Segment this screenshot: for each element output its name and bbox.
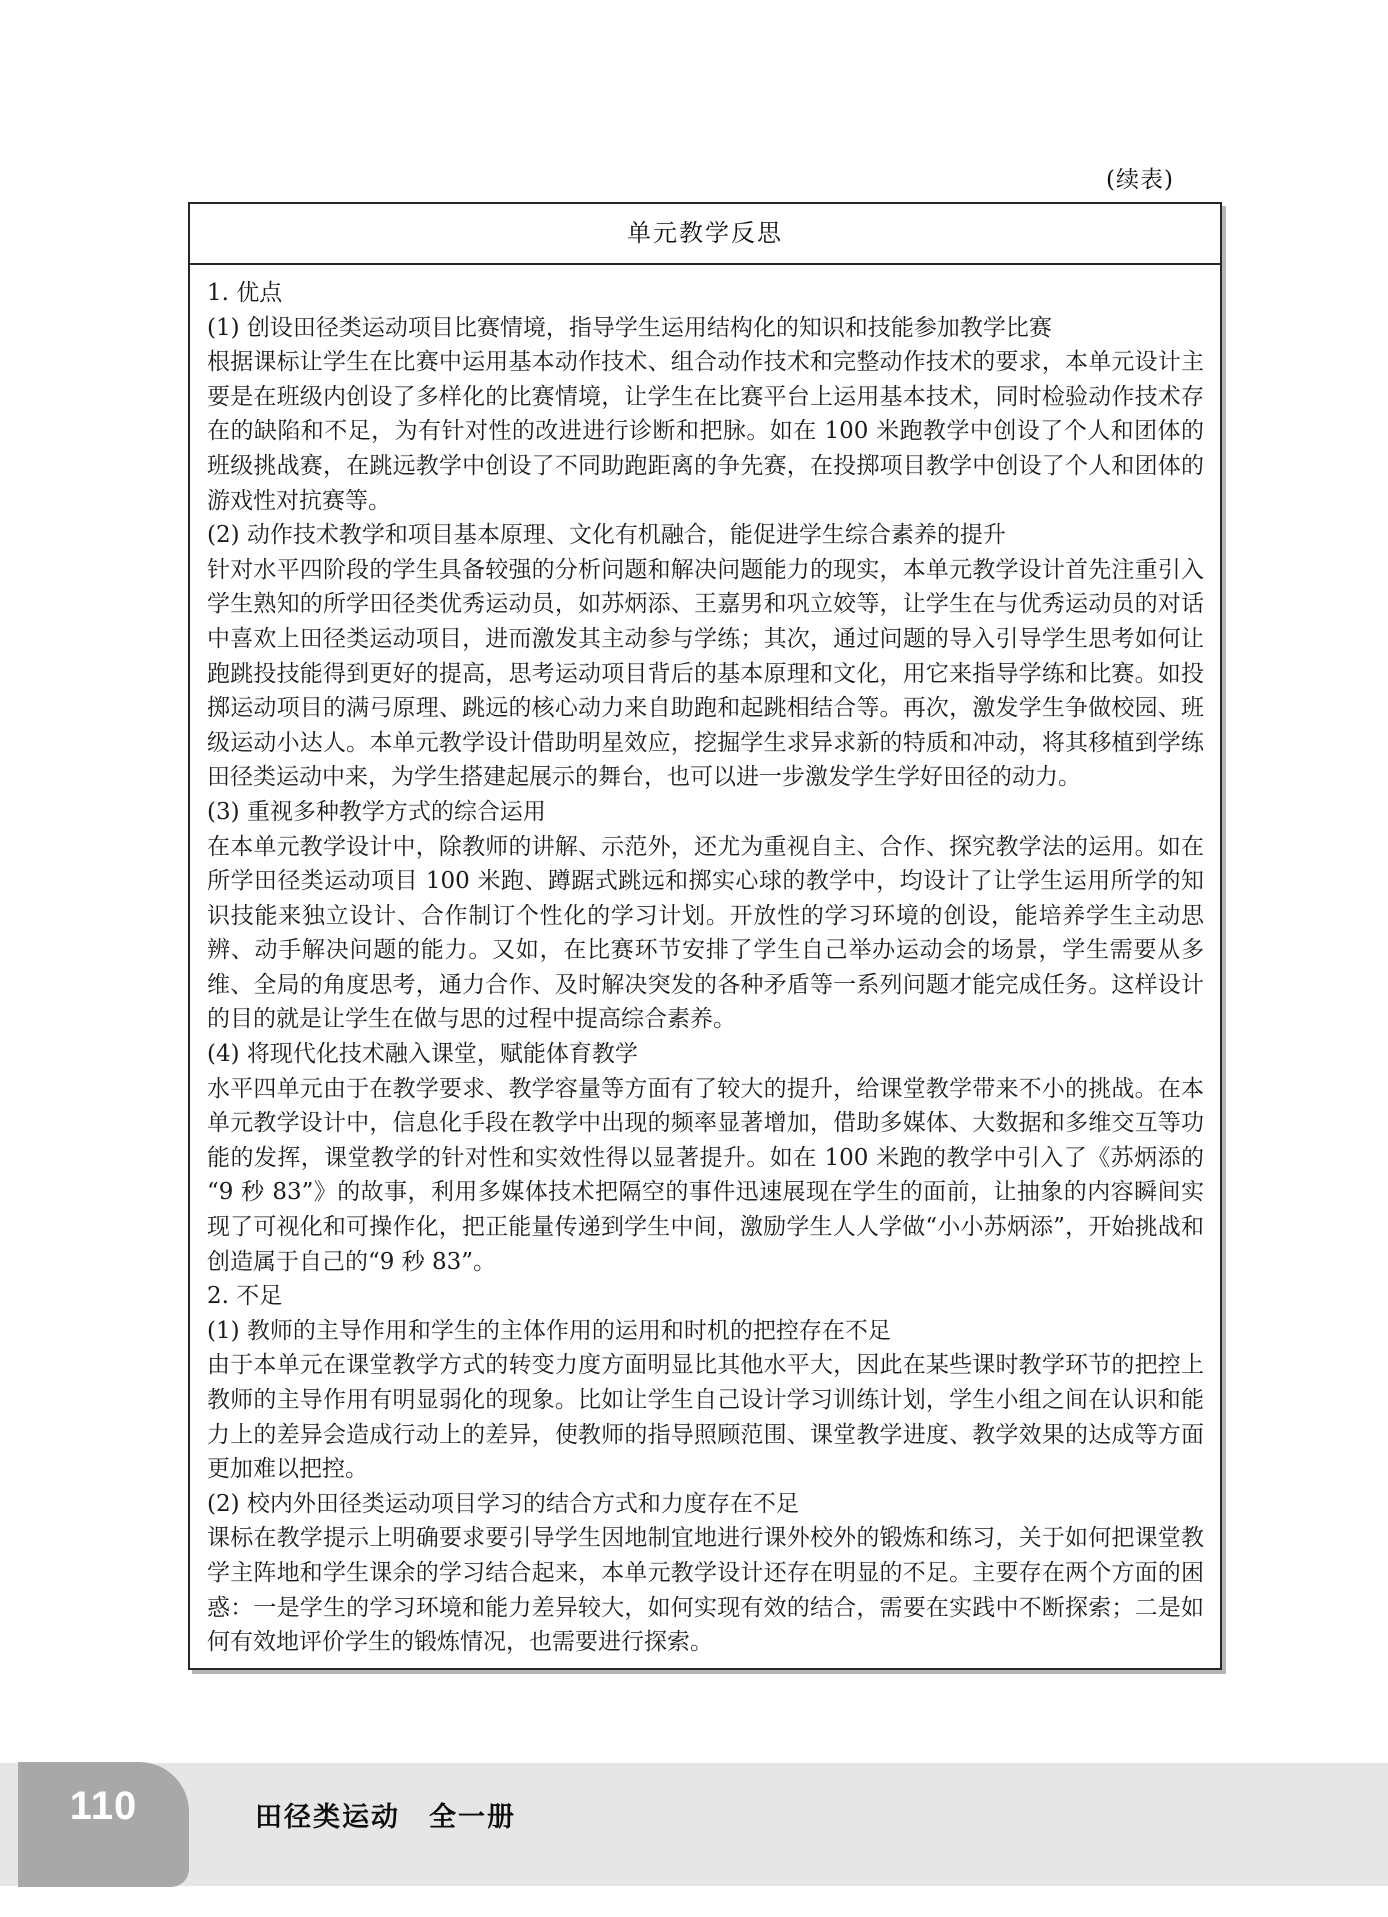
table-text-paragraph: 水平四单元由于在教学要求、教学容量等方面有了较大的提升，给课堂教学带来不小的挑战…: [207, 1072, 1204, 1280]
table-text-heading: 1. 优点: [207, 276, 1204, 311]
table-text-paragraph: 根据课标让学生在比赛中运用基本动作技术、组合动作技术和完整动作技术的要求，本单元…: [207, 345, 1204, 518]
book-title: 田径类运动 全一册: [255, 1795, 516, 1834]
table-body: 1. 优点(1) 创设田径类运动项目比赛情境，指导学生运用结构化的知识和技能参加…: [190, 265, 1220, 1668]
table-header-title: 单元教学反思: [190, 204, 1220, 265]
table-text-subheading: (4) 将现代化技术融入课堂，赋能体育教学: [207, 1037, 1204, 1072]
page-number: 110: [18, 1784, 189, 1829]
table-text-subheading: (2) 校内外田径类运动项目学习的结合方式和力度存在不足: [207, 1487, 1204, 1522]
table-text-paragraph: 由于本单元在课堂教学方式的转变力度方面明显比其他水平大，因此在某些课时教学环节的…: [207, 1348, 1204, 1486]
table-text-subheading: (2) 动作技术教学和项目基本原理、文化有机融合，能促进学生综合素养的提升: [207, 518, 1204, 553]
page-number-box: 110: [18, 1762, 189, 1887]
table-text-paragraph: 课标在教学提示上明确要求要引导学生因地制宜地进行课外校外的锻炼和练习，关于如何把…: [207, 1521, 1204, 1659]
table-text-paragraph: 针对水平四阶段的学生具备较强的分析问题和解决问题能力的现实，本单元教学设计首先注…: [207, 553, 1204, 795]
table-text-paragraph: 在本单元教学设计中，除教师的讲解、示范外，还尤为重视自主、合作、探究教学法的运用…: [207, 830, 1204, 1038]
book-page: (续表) 单元教学反思 1. 优点(1) 创设田径类运动项目比赛情境，指导学生运…: [0, 0, 1388, 1917]
table-text-subheading: (3) 重视多种教学方式的综合运用: [207, 795, 1204, 830]
reflection-table: 单元教学反思 1. 优点(1) 创设田径类运动项目比赛情境，指导学生运用结构化的…: [188, 202, 1222, 1670]
table-text-subheading: (1) 创设田径类运动项目比赛情境，指导学生运用结构化的知识和技能参加教学比赛: [207, 311, 1204, 346]
table-text-subheading: (1) 教师的主导作用和学生的主体作用的运用和时机的把控存在不足: [207, 1314, 1204, 1349]
continued-table-label: (续表): [1106, 161, 1182, 194]
table-text-heading: 2. 不足: [207, 1279, 1204, 1314]
footer-bar: 110 田径类运动 全一册: [0, 1763, 1388, 1886]
